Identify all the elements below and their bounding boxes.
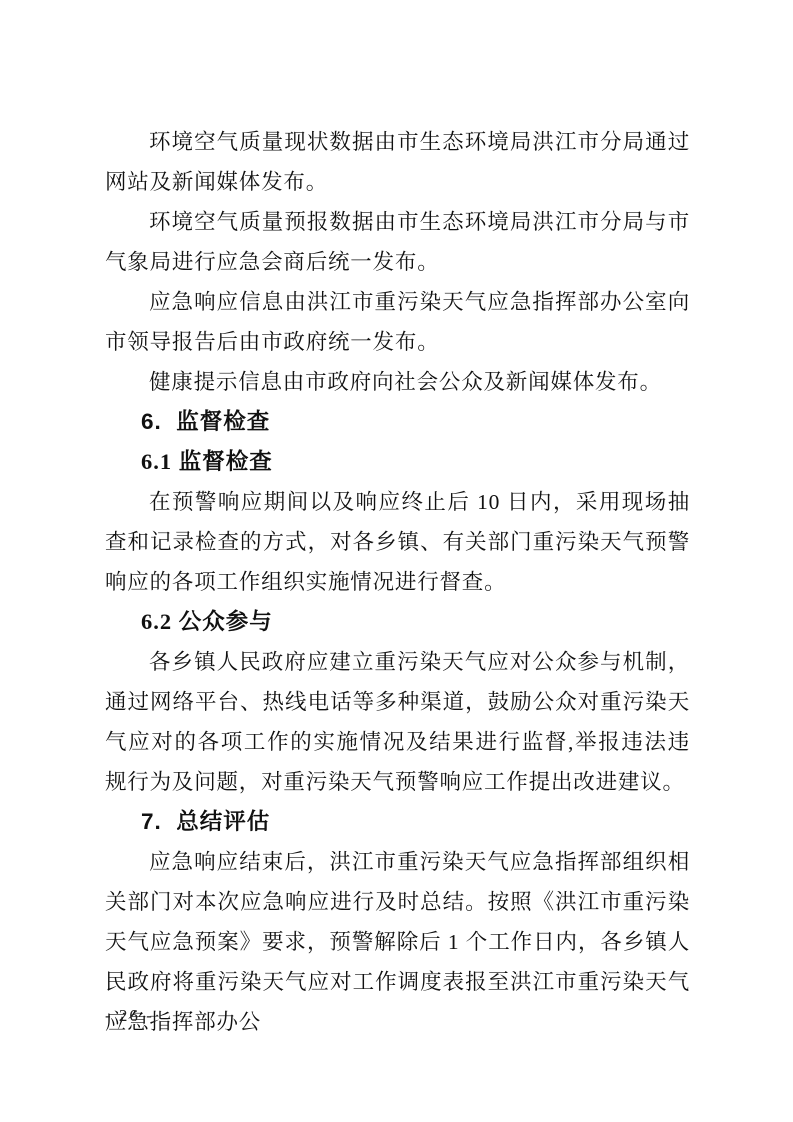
document-page: 环境空气质量现状数据由市生态环境局洪江市分局通过网站及新闻媒体发布。 环境空气质… bbox=[0, 0, 793, 1122]
paragraph-air-quality-current-data: 环境空气质量现状数据由市生态环境局洪江市分局通过网站及新闻媒体发布。 bbox=[105, 122, 690, 202]
paragraph-emergency-response-info: 应急响应信息由洪江市重污染天气应急指挥部办公室向市领导报告后由市政府统一发布。 bbox=[105, 282, 690, 362]
paragraph-summary-evaluation: 应急响应结束后，洪江市重污染天气应急指挥部组织相关部门对本次应急响应进行及时总结… bbox=[105, 842, 690, 1042]
paragraph-public-participation: 各乡镇人民政府应建立重污染天气应对公众参与机制，通过网络平台、热线电话等多种渠道… bbox=[105, 642, 690, 802]
page-footer: - 26 - bbox=[105, 1004, 154, 1028]
paragraph-air-quality-forecast-data: 环境空气质量预报数据由市生态环境局洪江市分局与市气象局进行应急会商后统一发布。 bbox=[105, 202, 690, 282]
page-content: 环境空气质量现状数据由市生态环境局洪江市分局通过网站及新闻媒体发布。 环境空气质… bbox=[105, 122, 690, 1042]
section-heading-6-supervision: 6. 监督检查 bbox=[105, 402, 690, 442]
subsection-heading-6-1-supervision: 6.1 监督检查 bbox=[105, 442, 690, 482]
paragraph-health-tips-info: 健康提示信息由市政府向社会公众及新闻媒体发布。 bbox=[105, 362, 690, 402]
section-heading-7-summary-evaluation: 7. 总结评估 bbox=[105, 802, 690, 842]
page-number: - 26 - bbox=[105, 1006, 154, 1025]
paragraph-supervision-inspection: 在预警响应期间以及响应终止后 10 日内，采用现场抽查和记录检查的方式，对各乡镇… bbox=[105, 482, 690, 602]
subsection-heading-6-2-public-participation: 6.2 公众参与 bbox=[105, 602, 690, 642]
